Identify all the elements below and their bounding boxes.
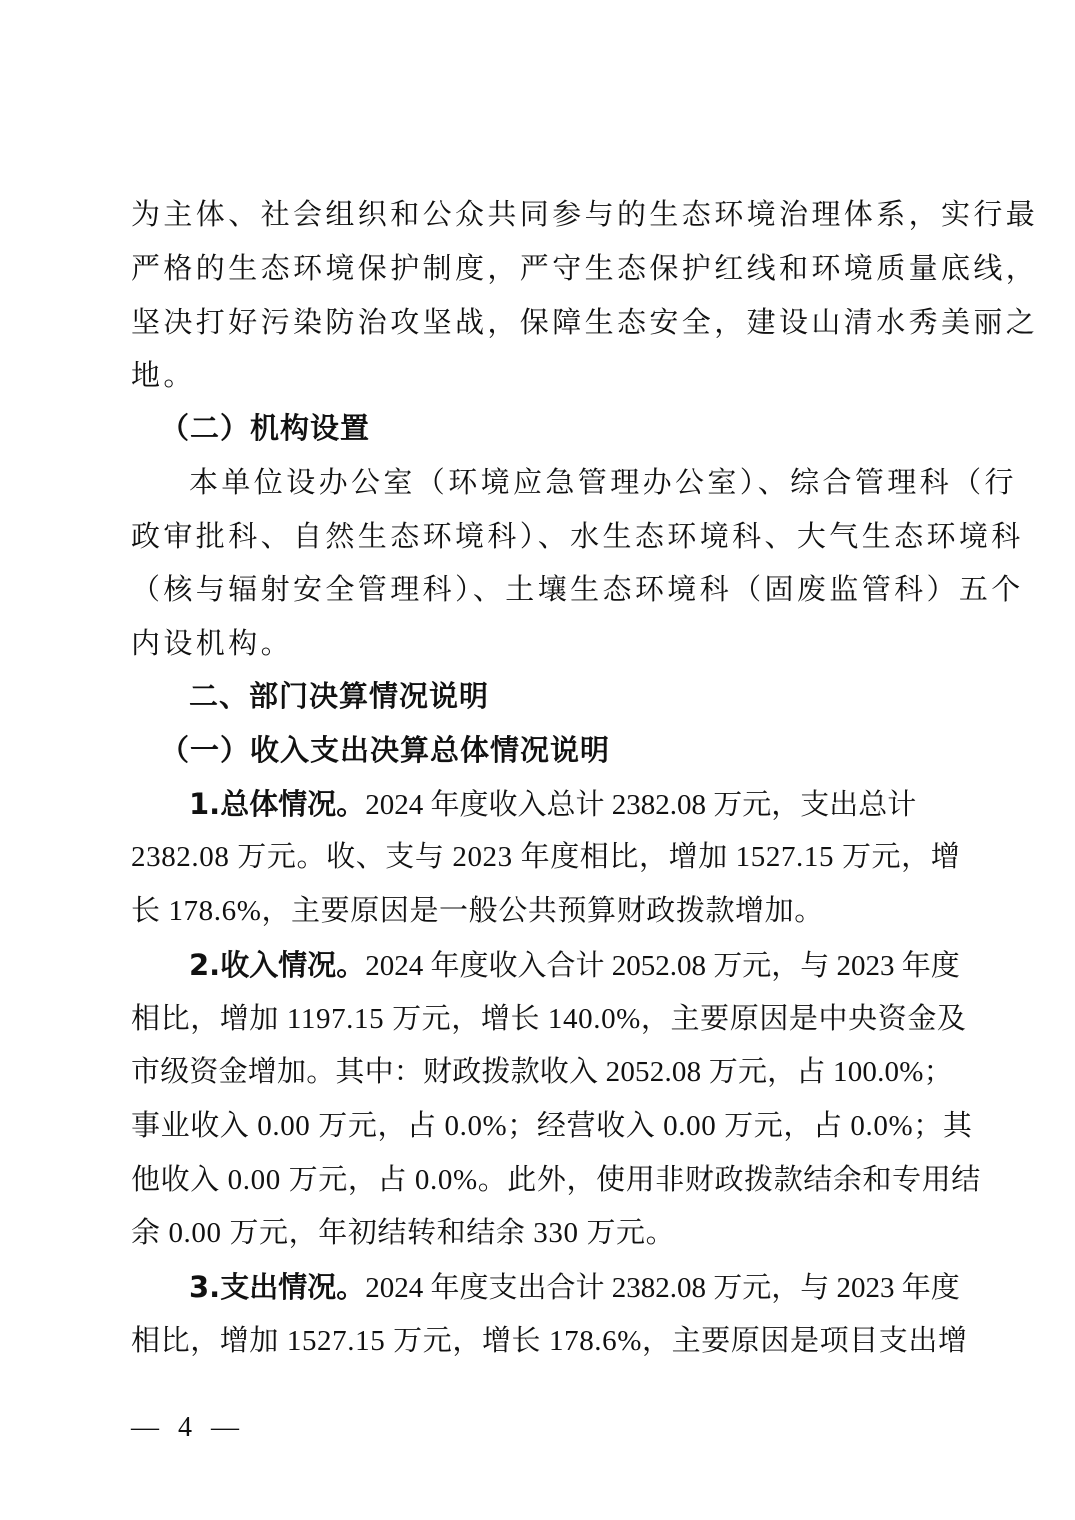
- paragraph-line: 余 0.00 万元，年初结转和结余 330 万元。: [131, 1215, 951, 1251]
- page-number: — 4 —: [131, 1410, 245, 1446]
- section-heading-income-expense: （一）收入支出决算总体情况说明: [160, 732, 980, 768]
- section-heading-org: （二）机构设置: [160, 410, 980, 446]
- paragraph-line: 为主体、社会组织和公众共同参与的生态环境治理体系，实行最: [131, 196, 951, 232]
- paragraph-expense-first-line: 3.支出情况。2024 年度支出合计 2382.08 万元，与 2023 年度: [189, 1269, 1009, 1305]
- paragraph-line: 相比，增加 1527.15 万元，增长 178.6%，主要原因是项目支出增: [131, 1323, 951, 1359]
- paragraph-line: （核与辐射安全管理科）、土壤生态环境科（固废监管科）五个: [131, 571, 951, 607]
- paragraph-line: 严格的生态环境保护制度，严守生态保护红线和环境质量底线，: [131, 250, 951, 286]
- lead-income: 2.收入情况。: [189, 948, 365, 982]
- paragraph-income-first-line: 2.收入情况。2024 年度收入合计 2052.08 万元，与 2023 年度: [189, 947, 1009, 983]
- paragraph-line: 2382.08 万元。收、支与 2023 年度相比，增加 1527.15 万元，…: [131, 839, 951, 875]
- paragraph-text: 2024 年度收入合计 2052.08 万元，与 2023 年度: [365, 950, 960, 982]
- lead-overall: 1.总体情况。: [189, 787, 365, 821]
- paragraph-overall-first-line: 1.总体情况。2024 年度收入总计 2382.08 万元，支出总计: [189, 786, 1009, 822]
- paragraph-line: 相比，增加 1197.15 万元，增长 140.0%，主要原因是中央资金及: [131, 1001, 951, 1037]
- paragraph-line: 事业收入 0.00 万元，占 0.0%；经营收入 0.00 万元，占 0.0%；…: [131, 1108, 951, 1144]
- paragraph-line: 他收入 0.00 万元，占 0.0%。此外，使用非财政拨款结余和专用结: [131, 1162, 951, 1198]
- paragraph-text: 2024 年度收入总计 2382.08 万元，支出总计: [365, 789, 916, 821]
- paragraph-line: 本单位设办公室（环境应急管理办公室）、综合管理科（行: [189, 464, 1009, 500]
- document-page: 为主体、社会组织和公众共同参与的生态环境治理体系，实行最 严格的生态环境保护制度…: [0, 0, 1075, 1520]
- paragraph-text: 2024 年度支出合计 2382.08 万元，与 2023 年度: [365, 1272, 960, 1304]
- paragraph-line: 政审批科、自然生态环境科）、水生态环境科、大气生态环境科: [131, 518, 951, 554]
- paragraph-line: 内设机构。: [131, 625, 951, 661]
- paragraph-line: 地。: [131, 357, 951, 393]
- section-heading-two: 二、部门决算情况说明: [189, 678, 1009, 714]
- lead-expense: 3.支出情况。: [189, 1270, 365, 1304]
- paragraph-line: 市级资金增加。其中：财政拨款收入 2052.08 万元，占 100.0%；: [131, 1054, 951, 1090]
- paragraph-line: 长 178.6%，主要原因是一般公共预算财政拨款增加。: [131, 893, 951, 929]
- paragraph-line: 坚决打好污染防治攻坚战，保障生态安全，建设山清水秀美丽之: [131, 304, 951, 340]
